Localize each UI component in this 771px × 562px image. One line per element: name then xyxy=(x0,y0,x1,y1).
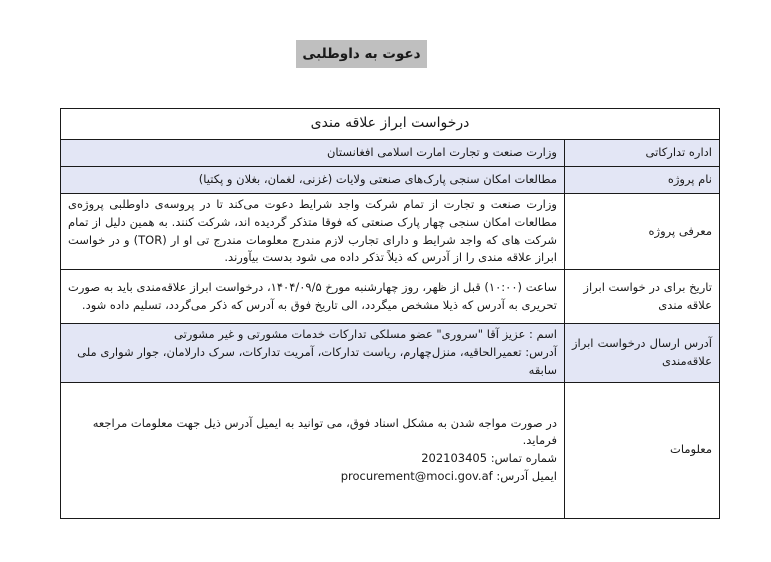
row-value-submission-deadline: ساعت (۱۰:۰۰) قبل از ظهر، روز چهارشنبه مو… xyxy=(61,270,565,324)
row-label-project-intro: معرفی پروژه xyxy=(565,194,720,270)
table-row: اداره تدارکاتی وزارت صنعت و تجارت امارت … xyxy=(61,140,720,167)
row-value-project-intro: وزارت صنعت و تجارت از تمام شرکت واجد شرا… xyxy=(61,194,565,270)
info-note-line: در صورت مواجه شدن به مشکل اسناد فوق، می … xyxy=(68,415,557,451)
email-address-line: ایمیل آدرس: procurement@moci.gov.af xyxy=(68,468,557,486)
table-title-row: درخواست ابراز علاقه مندی xyxy=(61,109,720,140)
contact-number-line: شماره تماس: 202103405 xyxy=(68,450,557,468)
office-address-line: آدرس: تعمیرالحاقیه، منزل‌چهارم، ریاست تد… xyxy=(68,344,557,380)
row-value-project-name: مطالعات امکان سنجی پارک‌های صنعتی ولایات… xyxy=(61,167,565,194)
table-row: آدرس ارسال درخواست ابراز علاقه‌مندی اسم … xyxy=(61,324,720,382)
row-label-project-name: نام پروژه xyxy=(565,167,720,194)
tender-invitation-banner: دعوت به داوطلبی xyxy=(296,40,427,68)
table-row: معرفی پروژه وزارت صنعت و تجارت از تمام ش… xyxy=(61,194,720,270)
row-value-procuring-entity: وزارت صنعت و تجارت امارت اسلامی افغانستا… xyxy=(61,140,565,167)
eoi-table: درخواست ابراز علاقه مندی اداره تدارکاتی … xyxy=(60,108,720,519)
row-value-information: در صورت مواجه شدن به مشکل اسناد فوق، می … xyxy=(61,382,565,518)
row-value-submission-address: اسم : عزیز آقا "سروری" عضو مسلکی تدارکات… xyxy=(61,324,565,382)
table-title: درخواست ابراز علاقه مندی xyxy=(61,109,720,140)
contact-name-line: اسم : عزیز آقا "سروری" عضو مسلکی تدارکات… xyxy=(68,326,557,344)
table-row: معلومات در صورت مواجه شدن به مشکل اسناد … xyxy=(61,382,720,518)
table-row: نام پروژه مطالعات امکان سنجی پارک‌های صن… xyxy=(61,167,720,194)
row-label-submission-deadline: تاریخ برای در خواست ابراز علاقه مندی xyxy=(565,270,720,324)
row-label-procuring-entity: اداره تدارکاتی xyxy=(565,140,720,167)
row-label-submission-address: آدرس ارسال درخواست ابراز علاقه‌مندی xyxy=(565,324,720,382)
document-page: { "colors": { "banner_bg": "#bfbfbf", "r… xyxy=(0,0,771,562)
row-label-information: معلومات xyxy=(565,382,720,518)
table-row: تاریخ برای در خواست ابراز علاقه مندی ساع… xyxy=(61,270,720,324)
